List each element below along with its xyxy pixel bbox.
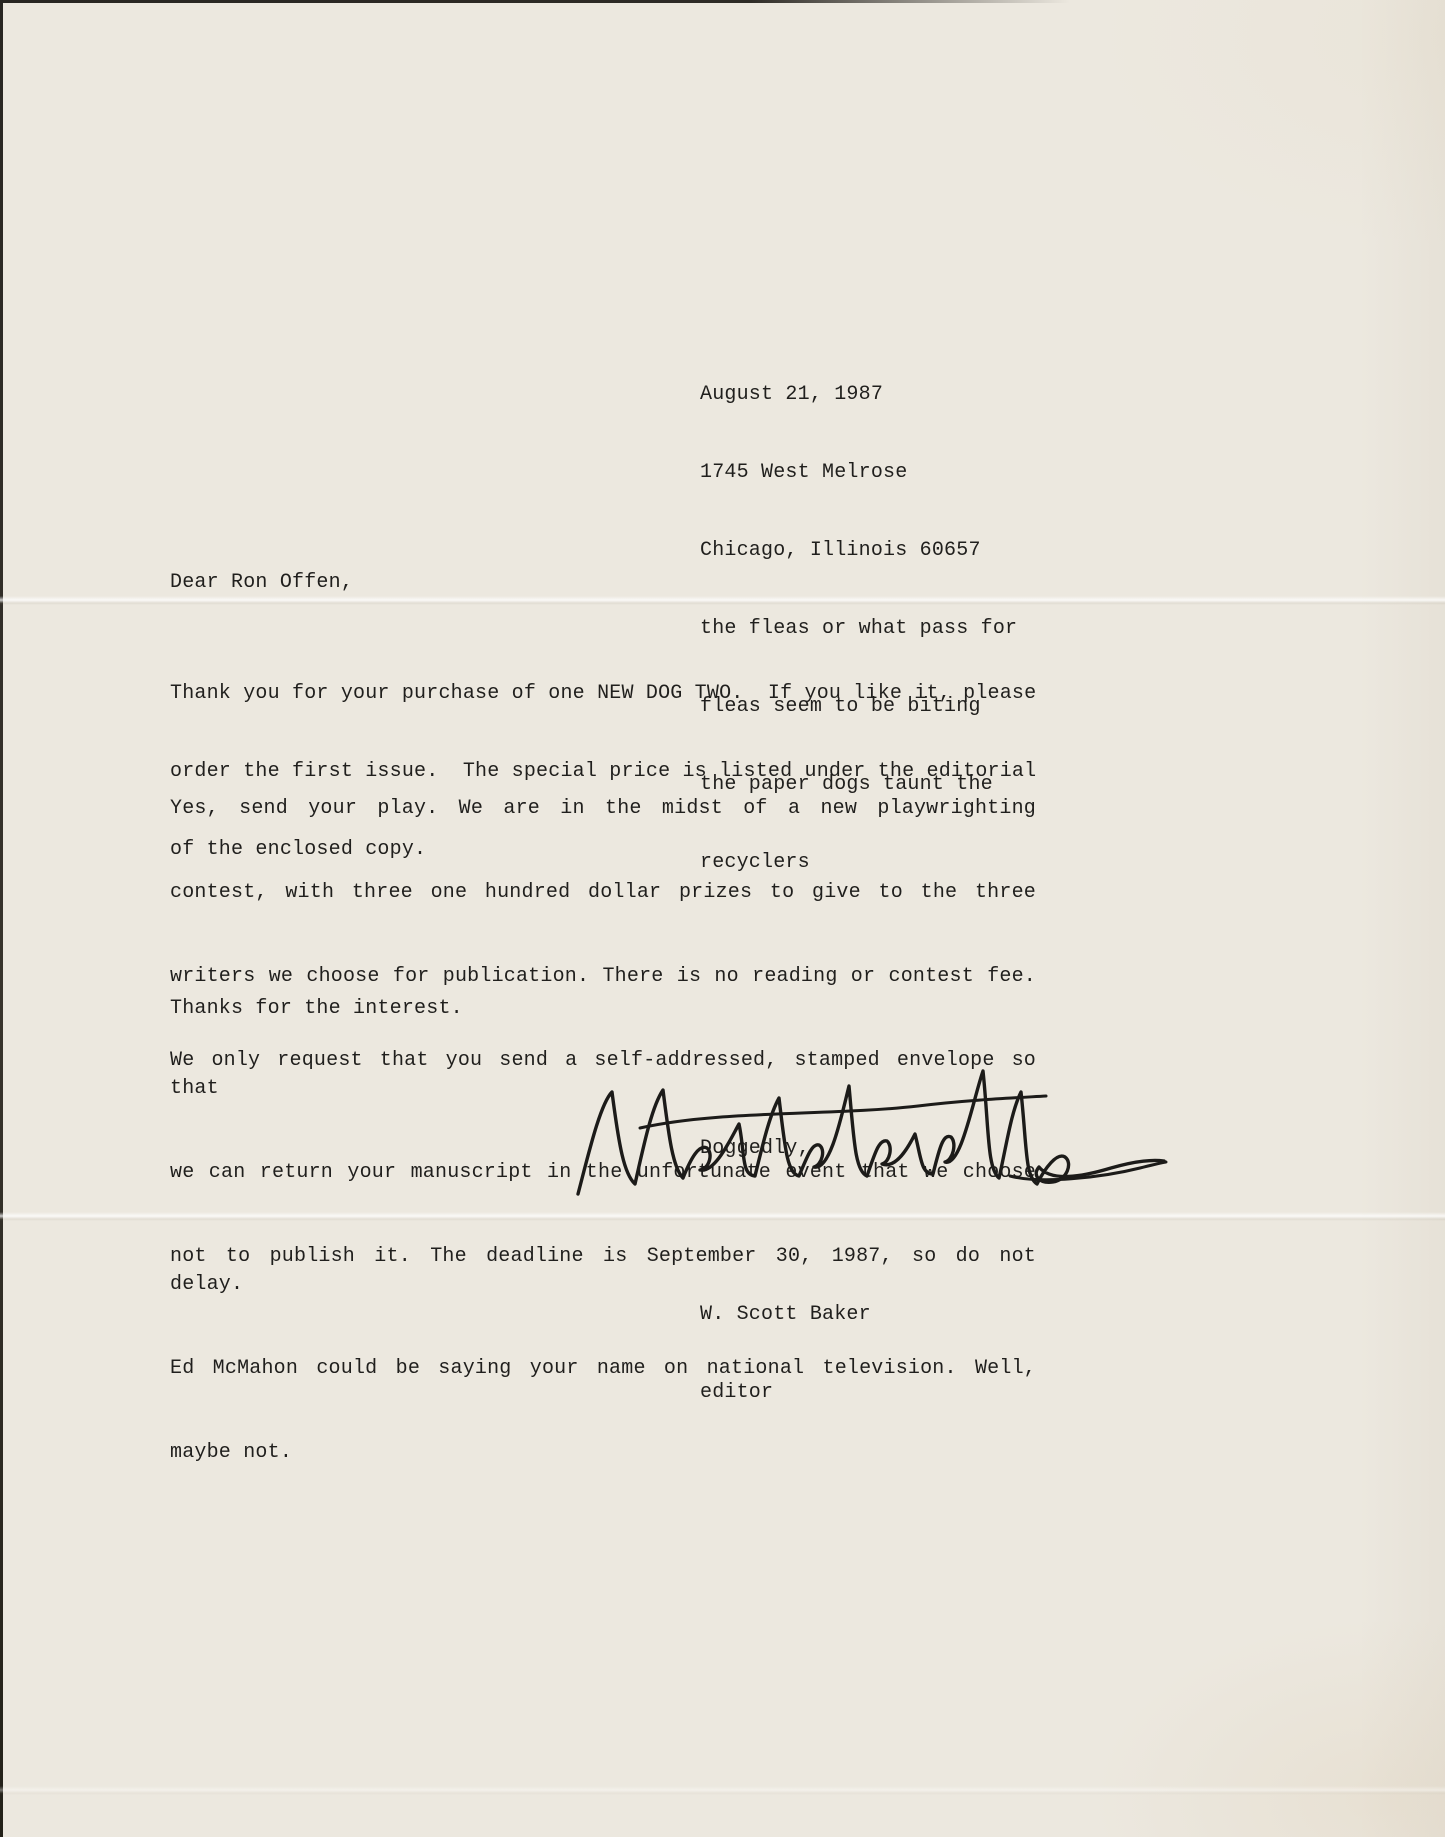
handwritten-signature [540,1056,1180,1206]
paragraph-line: writers we choose for publication. There… [170,963,1036,991]
paragraph-line: maybe not. [170,1439,1036,1467]
paragraph-line: not to publish it. The deadline is Septe… [170,1243,1036,1299]
date-line: August 21, 1987 [700,382,1017,408]
scan-edge-left [0,0,3,1837]
letter-page: August 21, 1987 1745 West Melrose Chicag… [0,0,1445,1837]
paragraph-line: Thank you for your purchase of one NEW D… [170,681,1036,707]
signed-title: editor [700,1380,871,1406]
signed-name: W. Scott Baker [700,1302,871,1328]
address-line: 1745 West Melrose [700,460,1017,486]
paragraph-line: Ed McMahon could be saying your name on … [170,1355,1036,1383]
signature-block: W. Scott Baker editor [700,1250,871,1458]
scan-edge-top [0,0,1070,3]
address-line: Chicago, Illinois 60657 [700,538,1017,564]
paragraph-line: contest, with three one hundred dollar p… [170,879,1036,907]
body-paragraph-3: Thanks for the interest. [170,997,463,1020]
fold-crease-bottom [0,1786,1445,1795]
paragraph-line: Yes, send your play. We are in the midst… [170,795,1036,823]
salutation: Dear Ron Offen, [170,571,353,594]
